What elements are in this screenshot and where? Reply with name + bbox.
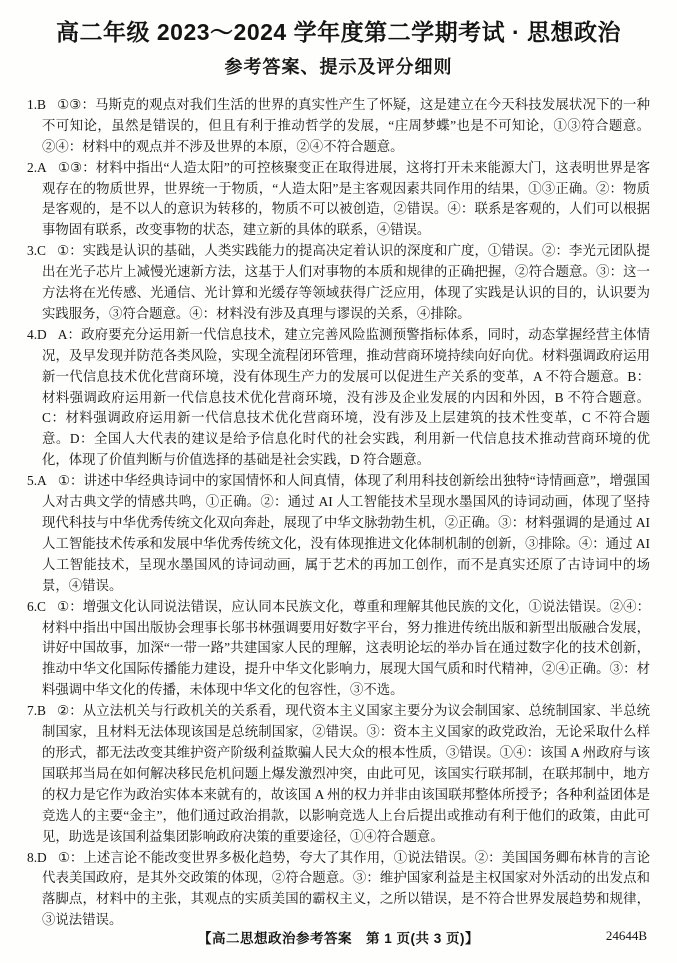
page-header: 高二年级 2023～2024 学年度第二学期考试 · 思想政治 参考答案、提示及… (27, 18, 650, 79)
answer-label-3: 3.C (27, 243, 46, 258)
answer-label-5: 5.A (27, 473, 47, 488)
answer-item-8: 8.D①：上述言论不能改变世界多极化趋势，夸大了其作用，①说法错误。②：美国国务… (27, 848, 650, 932)
answer-label-6: 6.C (27, 599, 46, 614)
answer-label-4: 4.D (27, 327, 47, 342)
answer-label-7: 7.B (27, 703, 46, 718)
answer-label-8: 8.D (27, 850, 47, 865)
answer-item-3: 3.C①：实践是认识的基础，人类实践能力的提高决定着认识的深度和广度，①错误。②… (27, 241, 650, 325)
answer-text-2: ①③：材料中指出“人造太阳”的可控核聚变正在取得进展，这将打开未来能源大门，这表… (42, 160, 650, 238)
answer-label-2: 2.A (27, 160, 47, 175)
page-footer: 【高二思想政治参考答案 第 1 页(共 3 页)】 24644B (0, 927, 677, 947)
footer-page-indicator: 【高二思想政治参考答案 第 1 页(共 3 页)】 (0, 927, 677, 947)
page-subtitle: 参考答案、提示及评分细则 (27, 53, 650, 79)
answer-text-1: ①③：马斯克的观点对我们生活的世界的真实性产生了怀疑，这是建立在今天科技发展状况… (42, 97, 650, 154)
answer-text-5: ①：讲述中华经典诗词中的家国情怀和人间真情，体现了利用科技创新绘出独特“诗情画意… (42, 473, 650, 593)
answer-item-2: 2.A①③：材料中指出“人造太阳”的可控核聚变正在取得进展，这将打开未来能源大门… (27, 158, 650, 242)
answer-item-5: 5.A①：讲述中华经典诗词中的家国情怀和人间真情，体现了利用科技创新绘出独特“诗… (27, 471, 650, 596)
answer-text-3: ①：实践是认识的基础，人类实践能力的提高决定着认识的深度和广度，①错误。②：李光… (42, 243, 650, 321)
answer-text-6: ①：增强文化认同说法错误，应认同本民族文化，尊重和理解其他民族的文化，①说法错误… (42, 599, 650, 698)
answer-item-4: 4.DA：政府要充分运用新一代信息技术，建立完善风险监测预警指标体系，同时，动态… (27, 325, 650, 471)
answer-item-1: 1.B①③：马斯克的观点对我们生活的世界的真实性产生了怀疑，这是建立在今天科技发… (27, 95, 650, 158)
answer-sheet-page: 高二年级 2023～2024 学年度第二学期考试 · 思想政治 参考答案、提示及… (0, 0, 677, 963)
answers-list: 1.B①③：马斯克的观点对我们生活的世界的真实性产生了怀疑，这是建立在今天科技发… (27, 95, 650, 931)
answer-text-8: ①：上述言论不能改变世界多极化趋势，夸大了其作用，①说法错误。②：美国国务卿布林… (42, 850, 650, 928)
answer-text-4: A：政府要充分运用新一代信息技术，建立完善风险监测预警指标体系，同时，动态掌握经… (42, 327, 650, 467)
answer-item-6: 6.C①：增强文化认同说法错误，应认同本民族文化，尊重和理解其他民族的文化，①说… (27, 597, 650, 702)
page-title: 高二年级 2023～2024 学年度第二学期考试 · 思想政治 (27, 18, 650, 48)
answer-item-7: 7.B②：从立法机关与行政机关的关系看，现代资本主义国家主要分为议会制国家、总统… (27, 701, 650, 847)
footer-paper-code: 24644B (606, 928, 647, 944)
answer-label-1: 1.B (27, 97, 46, 112)
answer-text-7: ②：从立法机关与行政机关的关系看，现代资本主义国家主要分为议会制国家、总统制国家… (42, 703, 650, 843)
